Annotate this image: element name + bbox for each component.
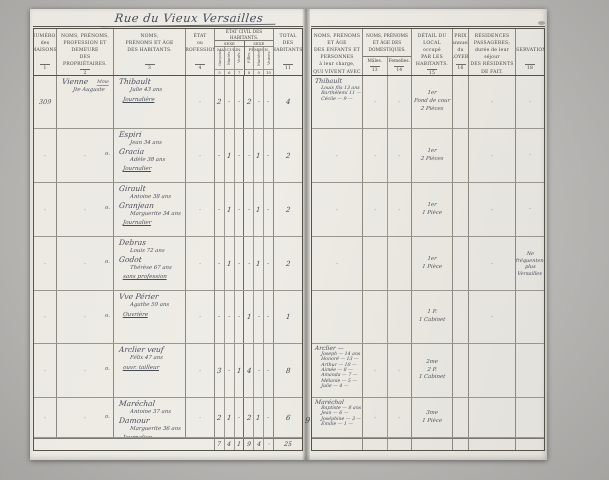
column-number: 4 xyxy=(186,64,214,75)
count: · xyxy=(238,206,241,214)
count: · xyxy=(218,313,221,321)
table-row: 1 P. 1 Cabinet · xyxy=(312,291,544,344)
header-total: TOTAL DES HABITANTS. 11 xyxy=(274,29,302,75)
residences-mark: · xyxy=(491,98,494,106)
inhabitants-cell: Girault Antoine 38 ans Granjean Margueri… xyxy=(114,183,186,236)
count: · xyxy=(238,152,241,160)
femelles-count: · xyxy=(398,152,401,160)
house-number: 309 xyxy=(38,98,51,106)
observation-line: · xyxy=(516,99,544,106)
owner-name: · xyxy=(84,152,87,160)
civil-counts: 2 · · 2 · · xyxy=(215,76,274,128)
table-row: · · o. Maréchal Antoine 37 ans Damour Ma… xyxy=(34,398,302,438)
ditto-mark: o. xyxy=(105,151,110,157)
header-text: TOTAL xyxy=(279,33,296,40)
header-etat-civil-group: ÉTAT CIVIL DES HABITANTS. SEXE MASCULIN.… xyxy=(215,29,274,75)
table-row: · 1er 1 Pièce · Ne fréquentent plus Vers… xyxy=(312,237,544,291)
header-text: Garçons. xyxy=(218,47,222,69)
subcol-mariees: Mariées. 9 xyxy=(254,47,264,75)
count: · xyxy=(267,260,270,268)
column-number: 3 xyxy=(114,64,185,75)
column-number: 9 xyxy=(254,69,263,75)
table-row: · · · 1er 1 Pièce · · xyxy=(312,183,544,237)
domestiques-cells: · · xyxy=(363,398,412,437)
count: 2 xyxy=(246,98,251,106)
profession: Journalier xyxy=(114,433,185,437)
right-page-table: NOMS, PRÉNOMS ET ÂGE DES ENFANTS ET PERS… xyxy=(311,28,545,451)
inhabitant-name: Girault xyxy=(114,183,186,194)
inhabitants-cell: Vve Périer Agathe 59 ans Ouvrière xyxy=(114,291,186,343)
column-total: 1 xyxy=(237,441,242,448)
owner-cell: · o. xyxy=(57,398,114,437)
owner-cell: · o. xyxy=(57,344,114,397)
inhabitant-name: Gracia xyxy=(114,146,186,157)
civil-counts: · 1 · · 1 · xyxy=(215,129,274,182)
count: 1 xyxy=(227,152,232,160)
header-text: NOMS, xyxy=(141,33,159,40)
residences-mark: · xyxy=(491,260,494,268)
table-row: Maréchal Baptiste — 8 ans Jean — 6 — Jos… xyxy=(312,398,544,438)
local-line: Fond de cour xyxy=(412,98,452,106)
local-line: 1er xyxy=(412,202,452,210)
count: · xyxy=(218,206,221,214)
child-entry: Honoré — 13 — xyxy=(312,357,362,362)
femelles-count: · xyxy=(398,414,401,422)
house-number: · xyxy=(44,152,47,160)
header-text: DES PROPRIÉTAIRES. xyxy=(57,54,113,68)
count: · xyxy=(247,206,250,214)
column-number: 2 xyxy=(57,69,113,75)
children-cell: Arclier — Joseph — 14 ans Honoré — 13 — … xyxy=(312,344,363,397)
table-row: · · o. Girault Antoine 38 ans Granjean M… xyxy=(34,183,302,237)
column-number: 8 xyxy=(245,69,254,75)
observations-cell: · xyxy=(516,183,544,236)
header-text: ÉTAT xyxy=(193,33,206,40)
observations-cell: Ne fréquentent plus Versailles xyxy=(516,237,544,290)
observation-line: Ne fréquentent xyxy=(516,251,544,264)
count: · xyxy=(267,367,270,375)
grid-cell xyxy=(469,439,516,450)
inhabitant-name: Damour xyxy=(114,415,186,426)
subcol-veuves: Veuves. 10 xyxy=(264,47,273,75)
column-number: 16 xyxy=(453,64,468,75)
inhabitant-detail: Adèle 38 ans xyxy=(114,157,185,164)
local-line: 3me xyxy=(412,410,452,418)
header-text: à leur charge, xyxy=(319,61,354,68)
grid-cell xyxy=(312,439,363,450)
header-residences: RÉSIDENCES PASSAGÈRES; durée de leur séj… xyxy=(469,29,516,75)
males-count: · xyxy=(373,152,376,160)
header-text: Femelles. xyxy=(388,59,412,64)
row-total: 2 xyxy=(285,152,290,160)
inhabitant-detail: Marguerite 36 ans xyxy=(114,426,185,433)
children-family-name: · xyxy=(336,152,339,160)
owner-name: · xyxy=(84,414,87,422)
header-text: Mariés. xyxy=(227,47,231,69)
count: · xyxy=(257,367,260,375)
civil-counts: · 1 · · 1 · xyxy=(215,183,274,236)
owner-name: · xyxy=(84,367,87,375)
grid-cell xyxy=(363,439,412,450)
owner-cell: Vienne Jte Auguste Mme xyxy=(57,76,114,128)
header-text: PROFESSION. xyxy=(186,47,215,54)
inhabitant-detail: Marguerite 34 ans xyxy=(114,211,185,218)
etat-mark: · xyxy=(199,313,202,321)
observations-cell xyxy=(516,344,544,397)
inhabitant-name: Thibault xyxy=(114,76,186,87)
local-cell: 3me 1 Pièce xyxy=(412,398,453,437)
grid-cell xyxy=(453,439,469,450)
males-count: · xyxy=(373,98,376,106)
local-cell: 1er 1 Pièce xyxy=(412,183,453,236)
children-cell: Thibault Louis fils 13 ans Barthélemi 11… xyxy=(312,76,363,128)
count: · xyxy=(228,313,231,321)
column-number: 11 xyxy=(274,64,302,75)
count: · xyxy=(257,313,260,321)
child-entry: Cécile — 9 — xyxy=(312,97,362,103)
owner-note: Mme xyxy=(97,80,109,86)
domestiques-cells: · · xyxy=(363,129,412,182)
observation-line: · xyxy=(516,206,544,213)
header-text: DES ENFANTS ET PERSONNES xyxy=(312,47,362,61)
local-cell: 2me 2 P. 1 Cabinet xyxy=(412,344,453,397)
header-loyer: PRIX annuel du LOYER. 16 xyxy=(453,29,469,75)
header-text: Veufs. xyxy=(237,47,241,69)
count: 2 xyxy=(246,414,251,422)
house-number: · xyxy=(44,414,47,422)
observations-cell: · xyxy=(516,129,544,182)
residences-mark: · xyxy=(491,206,494,214)
children-family-name: Arclier — xyxy=(312,344,362,352)
header-text: des xyxy=(41,40,50,47)
owner-name: · xyxy=(84,206,87,214)
grid-cell xyxy=(412,439,453,450)
profession: Ouvrière xyxy=(114,310,185,319)
etat-mark: · xyxy=(199,98,202,106)
column-number: 14 xyxy=(388,66,412,75)
local-cell: 1er 1 Pièce xyxy=(412,237,453,290)
header-text: PROFESSION ET DEMEURE xyxy=(57,40,113,54)
column-total: 9 xyxy=(247,441,252,448)
femelles-count: · xyxy=(398,367,401,375)
header-sexe-masculin: SEXE MASCULIN. Garçons. 5 Mariés. 6 xyxy=(215,41,245,75)
children-cell: Maréchal Baptiste — 8 ans Jean — 6 — Jos… xyxy=(312,398,363,437)
owner-name: · xyxy=(84,260,87,268)
profession: Journalière xyxy=(114,95,185,104)
header-text: NOMS, PRÉNOMS ET ÂGE xyxy=(366,34,408,46)
header-etat-civil-label: ÉTAT CIVIL DES HABITANTS. xyxy=(215,29,273,41)
inhabitant-name: Granjean xyxy=(114,200,186,211)
right-header-row: NOMS, PRÉNOMS ET ÂGE DES ENFANTS ET PERS… xyxy=(312,29,544,76)
child-entry: Barthélemi 11 — xyxy=(312,91,362,97)
subcol-veufs: Veufs. 7 xyxy=(235,47,244,75)
column-number: 1 xyxy=(34,64,56,75)
table-row: · · o. Vve Périer Agathe 59 ans Ouvrière… xyxy=(34,291,302,344)
header-text: PRIX xyxy=(454,33,466,40)
domestiques-cells xyxy=(363,291,412,343)
etat-mark: · xyxy=(199,414,202,422)
domestiques-cells: · · xyxy=(363,344,412,397)
femelles-count: · xyxy=(398,206,401,214)
house-number: · xyxy=(44,206,47,214)
header-text: du xyxy=(457,47,463,54)
inhabitant-name: Vve Périer xyxy=(114,291,186,302)
count: 2 xyxy=(217,98,222,106)
local-line: 2 Pièces xyxy=(412,106,452,114)
header-proprietaires: NOMS, PRÉNOMS, PROFESSION ET DEMEURE DES… xyxy=(57,29,114,75)
count: · xyxy=(267,98,270,106)
header-domestiques-group: NOMS, PRÉNOMS ET ÂGE DES DOMESTIQUES. Mâ… xyxy=(363,29,412,75)
column-number: 13 xyxy=(363,66,387,75)
column-number: 7 xyxy=(235,69,244,75)
header-text: OBSERVATIONS. xyxy=(516,47,544,54)
children-family-name: Thibault xyxy=(312,76,363,86)
column-total: · xyxy=(267,441,270,448)
header-text: ou xyxy=(197,40,203,47)
table-row: · · o. Espiri Jean 34 ans Gracia Adèle 3… xyxy=(34,129,302,183)
header-text: RÉSIDENCES PASSAGÈRES; xyxy=(469,33,515,47)
etat-mark: · xyxy=(199,260,202,268)
house-number: · xyxy=(44,367,47,375)
civil-counts: · 1 · · 1 · xyxy=(215,237,274,290)
header-text: annuel xyxy=(453,40,469,47)
ditto-mark: o. xyxy=(105,259,110,265)
house-number: · xyxy=(44,260,47,268)
owner-cell: · o. xyxy=(57,129,114,182)
count: 1 xyxy=(227,414,232,422)
header-text: occupé xyxy=(423,47,441,54)
row-total: 1 xyxy=(285,313,290,321)
residences-mark: · xyxy=(491,152,494,160)
totals-counts: 7 4 1 9 4 · xyxy=(215,439,274,450)
etat-mark: · xyxy=(199,367,202,375)
count: · xyxy=(238,414,241,422)
column-number: 5 xyxy=(215,69,224,75)
local-line: 1 Pièce xyxy=(412,210,452,218)
etat-mark: · xyxy=(199,206,202,214)
count: · xyxy=(218,260,221,268)
local-line: 2me xyxy=(412,359,452,367)
column-total: 4 xyxy=(227,441,232,448)
inhabitant-name: Debras xyxy=(114,237,186,248)
row-total: 2 xyxy=(285,260,290,268)
table-row: 309 Vienne Jte Auguste Mme Thibault Juli… xyxy=(34,76,302,129)
totals-spacer xyxy=(34,439,215,450)
inhabitant-name: Arclier veuf xyxy=(114,344,186,355)
left-page-table: NUMÉROS des MAISONS. 1 NOMS, PRÉNOMS, PR… xyxy=(33,28,303,451)
residences-mark: · xyxy=(491,313,494,321)
owner-cell: · o. xyxy=(57,237,114,290)
count: · xyxy=(238,313,241,321)
civil-counts: 2 1 · 2 1 · xyxy=(215,398,274,437)
subcol-garcons: Garçons. 5 xyxy=(215,47,225,75)
ditto-mark: o. xyxy=(105,366,110,372)
count: 1 xyxy=(227,260,232,268)
header-text: DES RÉSIDENTS DE FAIT. xyxy=(469,61,515,75)
count: · xyxy=(228,98,231,106)
column-number: 18 xyxy=(516,64,544,75)
header-text: NOMS, PRÉNOMS, xyxy=(61,33,109,40)
domestiques-cells: · · xyxy=(363,183,412,236)
header-text: Mâles. xyxy=(363,59,387,64)
column-total: 7 xyxy=(217,441,222,448)
local-line: 1 Cabinet xyxy=(412,317,452,325)
row-total: 8 xyxy=(285,367,290,375)
table-row: Arclier — Joseph — 14 ans Honoré — 13 — … xyxy=(312,344,544,398)
observation-line: plus Versailles xyxy=(516,264,544,277)
observations-cell xyxy=(516,398,544,437)
etat-mark: · xyxy=(199,152,202,160)
register-paper: Rue du Vieux Versailles 9 NUMÉROS des MA… xyxy=(30,9,547,460)
inhabitant-name: Godot xyxy=(114,254,186,265)
header-text: durée de leur séjour xyxy=(469,47,515,61)
header-text: DES xyxy=(283,40,294,47)
grid-cell xyxy=(516,439,544,450)
count: 1 xyxy=(227,206,232,214)
header-text: Mariées. xyxy=(257,47,261,69)
column-number: 15 xyxy=(412,69,452,75)
header-text: DÉTAIL DU LOCAL xyxy=(412,33,452,47)
children-family-name: · xyxy=(336,260,339,268)
observation-line: · xyxy=(516,152,544,159)
owner-cell: · o. xyxy=(57,183,114,236)
count: · xyxy=(267,313,270,321)
count: 1 xyxy=(246,313,251,321)
bottom-filler-row xyxy=(312,438,544,450)
header-text: PRÉNOMS ET ÂGE xyxy=(125,40,173,47)
inhabitants-cell: Maréchal Antoine 37 ans Damour Marguerit… xyxy=(114,398,186,437)
males-count: · xyxy=(373,206,376,214)
count: · xyxy=(218,152,221,160)
count: · xyxy=(267,414,270,422)
domestiques-cells: · · xyxy=(363,76,412,128)
header-text: MAISONS. xyxy=(34,47,57,54)
totals-row: 7 4 1 9 4 · 25 xyxy=(34,438,302,450)
count: · xyxy=(247,152,250,160)
header-sexe-feminin: SEXE FÉMININ. Filles. 8 Mariées. 9 xyxy=(245,41,274,75)
child-entry: Julie — 4 — xyxy=(312,384,362,389)
child-entry: Émilie — 1 — xyxy=(312,422,362,427)
domestiques-cells xyxy=(363,237,412,290)
femelles-count: · xyxy=(398,98,401,106)
column-number: 6 xyxy=(225,69,234,75)
local-line: 1 P. xyxy=(412,309,452,317)
males-count: · xyxy=(373,414,376,422)
inhabitants-cell: Debras Louis 72 ans Godot Thérèse 67 ans… xyxy=(114,237,186,290)
ditto-mark: o. xyxy=(105,313,110,319)
count: 1 xyxy=(236,367,241,375)
subcol-maries: Mariés. 6 xyxy=(225,47,235,75)
table-row: Thibault Louis fils 13 ans Barthélemi 11… xyxy=(312,76,544,129)
header-text: HABITANTS. xyxy=(274,47,302,54)
street-title: Rue du Vieux Versailles xyxy=(95,11,283,26)
table-row: · · o. Debras Louis 72 ans Godot Thérèse… xyxy=(34,237,302,291)
local-cell: 1er Fond de cour 2 Pièces xyxy=(412,76,453,128)
profession: ouvr. tailleur xyxy=(114,363,185,372)
inhabitant-detail: Thérèse 67 ans xyxy=(114,265,185,272)
header-etat-profession: ÉTAT ou PROFESSION. 4 xyxy=(186,29,215,75)
ditto-mark: o. xyxy=(105,205,110,211)
count: · xyxy=(228,367,231,375)
count: · xyxy=(267,152,270,160)
inhabitants-cell: Thibault Julie 43 ans Journalière xyxy=(114,76,186,128)
subcol-filles: Filles. 8 xyxy=(245,47,255,75)
local-cell: 1 P. 1 Cabinet xyxy=(412,291,453,343)
header-text: QUI VIVENT AVEC EUX. xyxy=(312,69,362,75)
local-cell: 1er 2 Pièces xyxy=(412,129,453,182)
child-entry: Mélanie — 5 — xyxy=(312,379,362,384)
owner-detail: Jte Auguste xyxy=(57,87,113,94)
count: 1 xyxy=(256,414,261,422)
profession: Journalier xyxy=(114,218,185,227)
count: 4 xyxy=(246,367,251,375)
local-line: 1 Cabinet xyxy=(412,374,452,382)
count: · xyxy=(238,260,241,268)
row-total: 4 xyxy=(285,98,290,106)
header-enfants: NOMS, PRÉNOMS ET ÂGE DES ENFANTS ET PERS… xyxy=(312,29,363,75)
count: 3 xyxy=(217,367,222,375)
child-entry: Jean — 6 — xyxy=(312,411,362,416)
count: · xyxy=(267,206,270,214)
header-text: Filles. xyxy=(247,47,251,69)
observations-cell xyxy=(516,291,544,343)
column-number: 10 xyxy=(264,69,273,75)
subcol-femelles: Femelles. 14 xyxy=(388,57,412,75)
civil-counts: · · · 1 · · xyxy=(215,291,274,343)
count: · xyxy=(247,260,250,268)
header-local: DÉTAIL DU LOCAL occupé PAR LES HABITANTS… xyxy=(412,29,453,75)
column-total: 4 xyxy=(256,441,261,448)
row-total: 6 xyxy=(285,414,290,422)
observations-cell: · xyxy=(516,76,544,128)
header-text: ÉTAT CIVIL xyxy=(226,30,252,35)
inhabitants-cell: Arclier veuf Félix 47 ans ouvr. tailleur xyxy=(114,344,186,397)
header-text: PAR LES HABITANTS. xyxy=(412,54,452,68)
count: 1 xyxy=(256,206,261,214)
header-maison: NUMÉROS des MAISONS. 1 xyxy=(34,29,57,75)
count: · xyxy=(257,98,260,106)
table-row: · · o. Arclier veuf Félix 47 ans ouvr. t… xyxy=(34,344,302,398)
count: · xyxy=(238,98,241,106)
owner-name: · xyxy=(84,313,87,321)
header-text: DES HABITANTS. xyxy=(127,47,172,54)
grand-total: 25 xyxy=(284,441,293,448)
header-observations: OBSERVATIONS. 18 xyxy=(516,29,544,75)
header-text: NUMÉROS xyxy=(34,33,57,40)
inhabitant-name: Espiri xyxy=(114,129,186,140)
local-line: 1er xyxy=(412,256,452,264)
children-family-name: · xyxy=(336,206,339,214)
ditto-mark: o. xyxy=(105,414,110,420)
subcol-males: Mâles. 13 xyxy=(363,57,388,75)
local-line: 2 Pièces xyxy=(412,156,452,164)
child-entry: Amanda — 7 — xyxy=(312,373,362,378)
inhabitants-cell: Espiri Jean 34 ans Gracia Adèle 38 ans J… xyxy=(114,129,186,182)
header-text: LOYER. xyxy=(453,54,469,61)
local-line: 1 Pièce xyxy=(412,264,452,272)
local-line: 1er xyxy=(412,90,452,98)
profession: sans profession xyxy=(114,272,185,281)
count: 1 xyxy=(256,152,261,160)
profession: Journalier xyxy=(114,164,185,173)
inhabitant-name: Maréchal xyxy=(114,398,186,409)
page-fold-shadow xyxy=(302,9,310,460)
row-total: 2 xyxy=(285,206,290,214)
local-line: 1 Pièce xyxy=(412,418,452,426)
table-row: · · · 1er 2 Pièces · · xyxy=(312,129,544,183)
males-count: · xyxy=(373,367,376,375)
children-family-name: Maréchal xyxy=(312,398,362,406)
